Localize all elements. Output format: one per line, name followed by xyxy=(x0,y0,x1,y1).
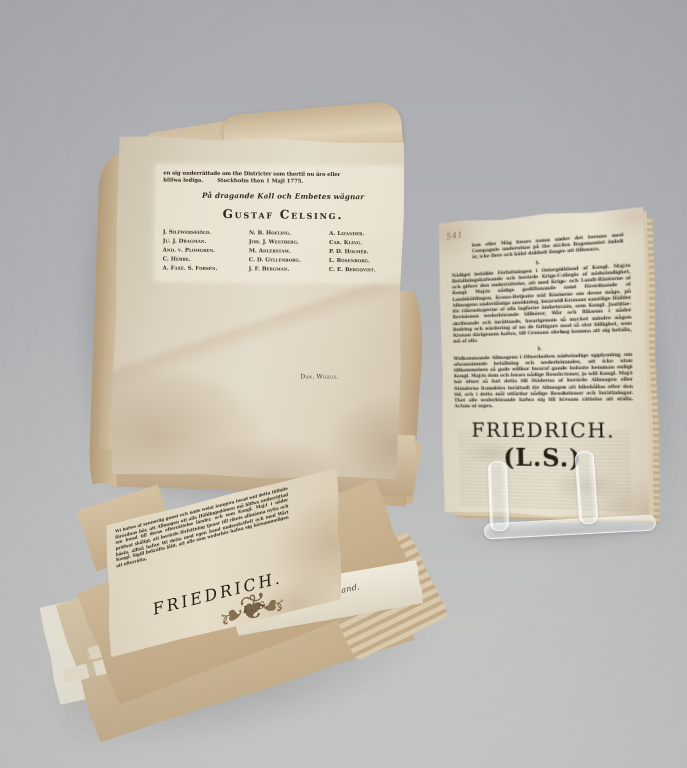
printer-credit: Dan. Wigius. xyxy=(300,373,338,380)
acrylic-stand-prong-left xyxy=(488,461,509,532)
name-item: P. D. Holmér. xyxy=(329,249,403,256)
name-item: J. F. Bergman. xyxy=(249,267,324,274)
stand-document-page: 541 han eller Måg hwars namn under det t… xyxy=(438,206,651,520)
name-item: L. Rosenborg. xyxy=(329,258,403,265)
names-grid: J. Silfwerskiöld.N. B. Hofling.A. Lizand… xyxy=(162,230,402,274)
body-paragraph: Nådigst befallde Författningen i Östergö… xyxy=(452,262,632,345)
name-item: C. D. Gyllenborg. xyxy=(249,258,324,265)
name-item: C. Hebbe. xyxy=(163,257,244,264)
name-item: Ju. J. Dragman. xyxy=(163,239,244,246)
royal-signature: FRIEDRICH. xyxy=(455,418,635,443)
body-paragraph: Widkommande Allmogens i Öfwerbotten nödw… xyxy=(453,351,633,410)
name-item: C. E. Bergqvist. xyxy=(329,267,403,274)
name-item: N. B. Hofling. xyxy=(249,231,324,238)
name-item: A. Faxe. S. Forsén. xyxy=(162,266,243,273)
name-item: J. Silfwerskiöld. xyxy=(163,230,244,237)
inventory-number: 541 xyxy=(446,230,464,241)
on-behalf-line: På dragande Kall och Embetes wägnar xyxy=(163,191,403,202)
document-body: han eller Måg hwars namn under det twenn… xyxy=(451,232,635,474)
back-stack-top-page: en sig underrättade om the Districter so… xyxy=(110,135,406,481)
name-item: And. v. Plomgren. xyxy=(163,248,244,255)
seal-mark: (L.S.) xyxy=(455,442,635,474)
notice-dateline: blifwa lediga. Stockholm then 1 Maji 177… xyxy=(163,178,403,187)
name-item: A. Lizander. xyxy=(329,231,403,238)
notice-place-date: Stockholm then 1 Maji 1775. xyxy=(217,178,303,186)
name-item: M. Adlerstam. xyxy=(249,249,324,256)
photo-scene: en sig underrättade om the Districter so… xyxy=(0,0,687,768)
notice-closing-words: blifwa lediga. xyxy=(163,178,203,185)
signatory-name: Gustaf Celsing. xyxy=(163,207,403,223)
name-item: Car. Kling. xyxy=(329,240,403,247)
printed-notice: en sig underrättade om the Districter so… xyxy=(155,165,410,282)
name-item: Joh. J. Westberg. xyxy=(249,240,324,247)
